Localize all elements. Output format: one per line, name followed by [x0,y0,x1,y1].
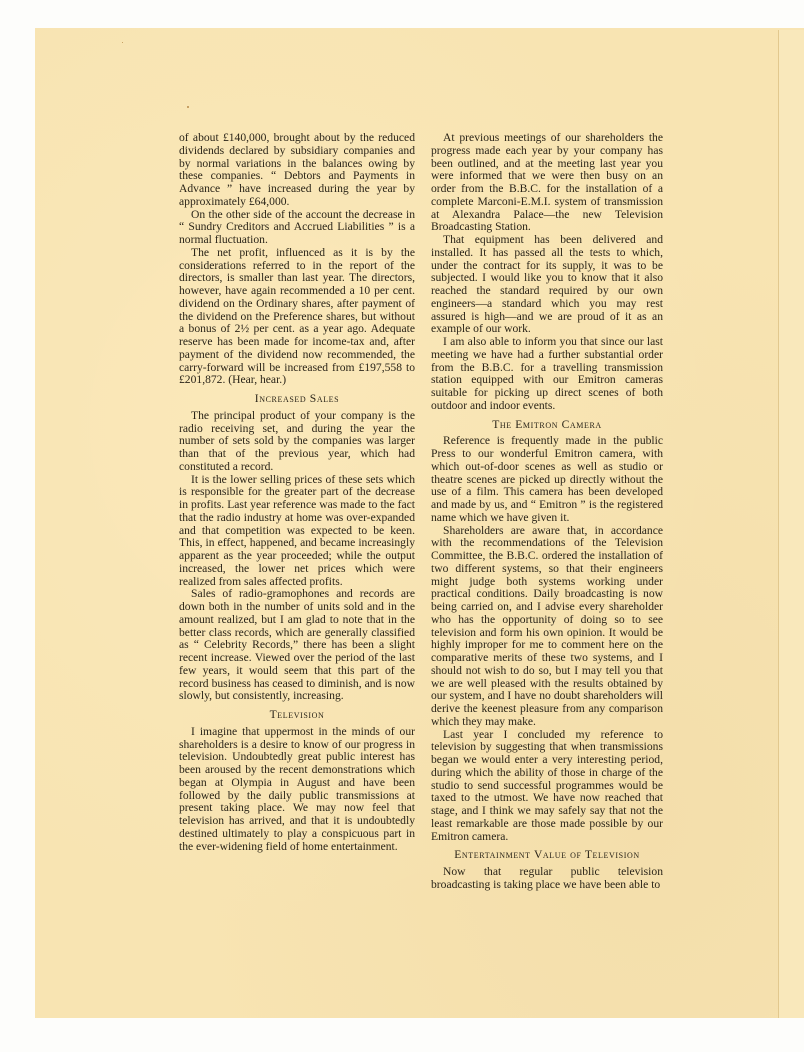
section-heading-increased-sales: Increased Sales [179,393,415,406]
folded-edge [779,30,804,1018]
paragraph: Reference is frequently made in the publ… [431,435,663,524]
paper-speck [187,106,189,108]
fold-line [778,30,779,1018]
section-heading-television: Television [179,709,415,722]
paragraph: The net profit, influenced as it is by t… [179,247,415,387]
paragraph: of about £140,000, brought about by the … [179,132,415,209]
right-column: At previous meetings of our shareholders… [431,132,663,892]
paper-sheet [35,28,804,1018]
paper-speck [122,42,123,43]
paragraph: I imagine that uppermost in the minds of… [179,726,415,854]
paragraph: The principal product of your company is… [179,410,415,474]
section-heading-entertainment-value: Entertainment Value of Television [431,849,663,862]
section-heading-emitron-camera: The Emitron Camera [431,419,663,432]
paragraph: That equipment has been delivered and in… [431,234,663,336]
paragraph: It is the lower selling prices of these … [179,474,415,589]
paragraph: Sales of radio-gramophones and records a… [179,588,415,703]
paragraph: On the other side of the account the dec… [179,209,415,247]
paragraph: Last year I concluded my reference to te… [431,729,663,844]
scanned-page: of about £140,000, brought about by the … [0,0,804,1052]
paragraph: Now that regular public television broad… [431,866,663,892]
paragraph: At previous meetings of our shareholders… [431,132,663,234]
paragraph: Shareholders are aware that, in accordan… [431,525,663,729]
left-column: of about £140,000, brought about by the … [179,132,415,853]
paragraph: I am also able to inform you that since … [431,336,663,413]
